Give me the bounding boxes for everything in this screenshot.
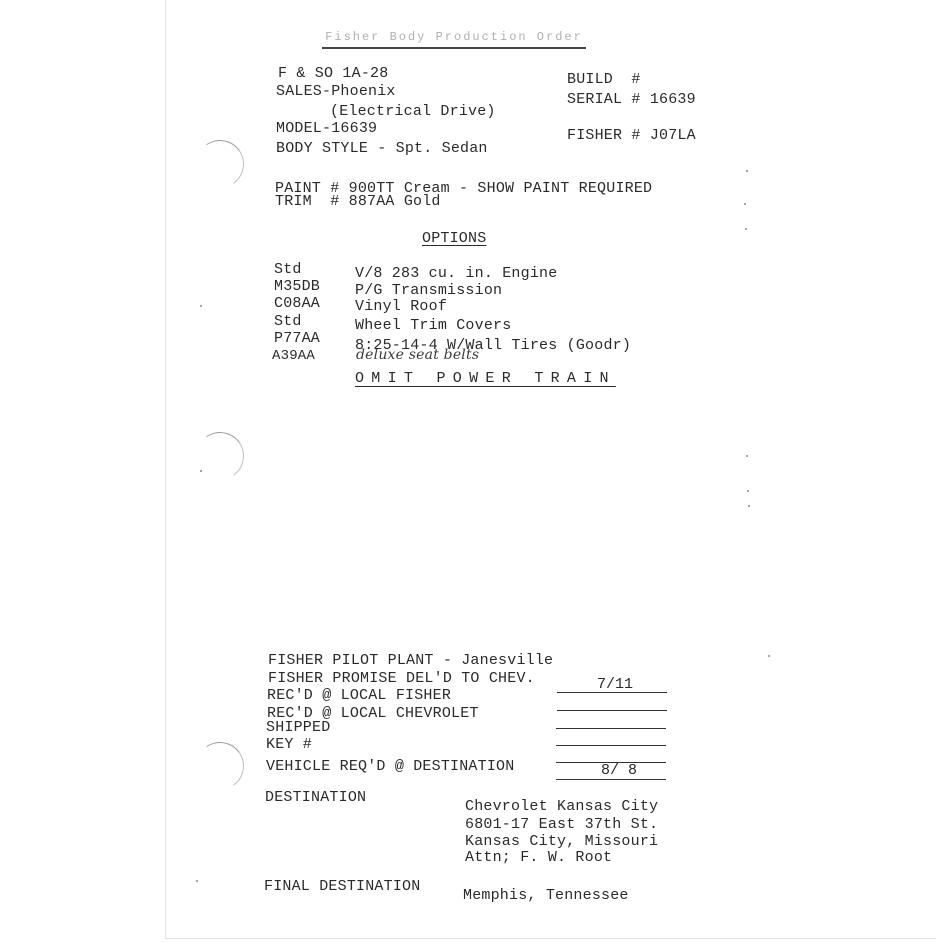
option-description: Wheel Trim Covers [355,317,511,334]
scan-speck [746,455,748,457]
final-destination-label: FINAL DESTINATION [264,878,420,895]
title-rule [322,47,586,49]
sales-region: SALES-Phoenix [276,83,396,100]
omit-power-train-note: OMIT POWER TRAIN [355,370,616,387]
tracking-label: VEHICLE REQ'D @ DESTINATION [266,758,514,775]
serial-number: SERIAL # 16639 [567,91,696,108]
scan-speck [200,470,202,472]
sales-note: (Electrical Drive) [330,103,496,120]
hole-punch-top [192,136,248,192]
pilot-plant: FISHER PILOT PLANT - Janesville [268,652,553,669]
tracking-blank-line [556,745,666,746]
scan-speck [196,880,198,882]
option-description: Vinyl Roof [355,298,447,315]
destination-line: Chevrolet Kansas City [465,798,658,815]
option-code: Std [274,261,302,278]
fs-number: F & SO 1A-28 [278,65,388,82]
tracking-value: 7/11 [560,676,670,693]
destination-line: Attn; F. W. Root [465,849,612,866]
scan-speck [200,305,202,307]
build-number: BUILD # [567,71,641,88]
scan-speck [748,505,750,507]
tracking-blank-line [556,779,666,780]
tracking-label: REC'D @ LOCAL FISHER [267,687,451,704]
model-number: MODEL-16639 [276,120,377,137]
hole-punch-middle [192,428,248,484]
trim-spec: TRIM # 887AA Gold [275,193,441,210]
tracking-blank-line [557,692,667,693]
option-code: M35DB [274,278,320,295]
option-code: P77AA [274,330,320,347]
hole-punch-bottom [192,738,248,794]
scan-speck [746,170,748,172]
option-description: P/G Transmission [355,282,502,299]
scan-speck [768,655,770,657]
tracking-value: 8/ 8 [564,762,674,779]
scan-speck [745,228,747,230]
options-heading: OPTIONS [422,230,486,247]
page-left-edge [165,0,166,938]
fisher-number: FISHER # J07LA [567,127,696,144]
tracking-label: SHIPPED [266,719,330,736]
tracking-blank-line [557,710,667,711]
tracking-label: FISHER PROMISE DEL'D TO CHEV. [268,670,535,687]
tracking-label: KEY # [266,736,312,753]
destination-label: DESTINATION [265,789,366,806]
body-style: BODY STYLE - Spt. Sedan [276,140,488,157]
option-code: A39AA [272,348,315,365]
destination-line: 6801-17 East 37th St. [465,816,658,833]
option-description-handwritten: deluxe seat belts [356,347,479,364]
option-description: V/8 283 cu. in. Engine [355,265,557,282]
option-code: C08AA [274,295,320,312]
tracking-blank-line [556,728,666,729]
final-destination-value: Memphis, Tennessee [463,887,629,904]
destination-line: Kansas City, Missouri [465,833,658,850]
option-code: Std [274,313,302,330]
scan-speck [747,490,749,492]
faded-document-title: Fisher Body Production Order [322,30,586,44]
scan-speck [744,203,746,205]
page-bottom-edge [165,938,936,939]
